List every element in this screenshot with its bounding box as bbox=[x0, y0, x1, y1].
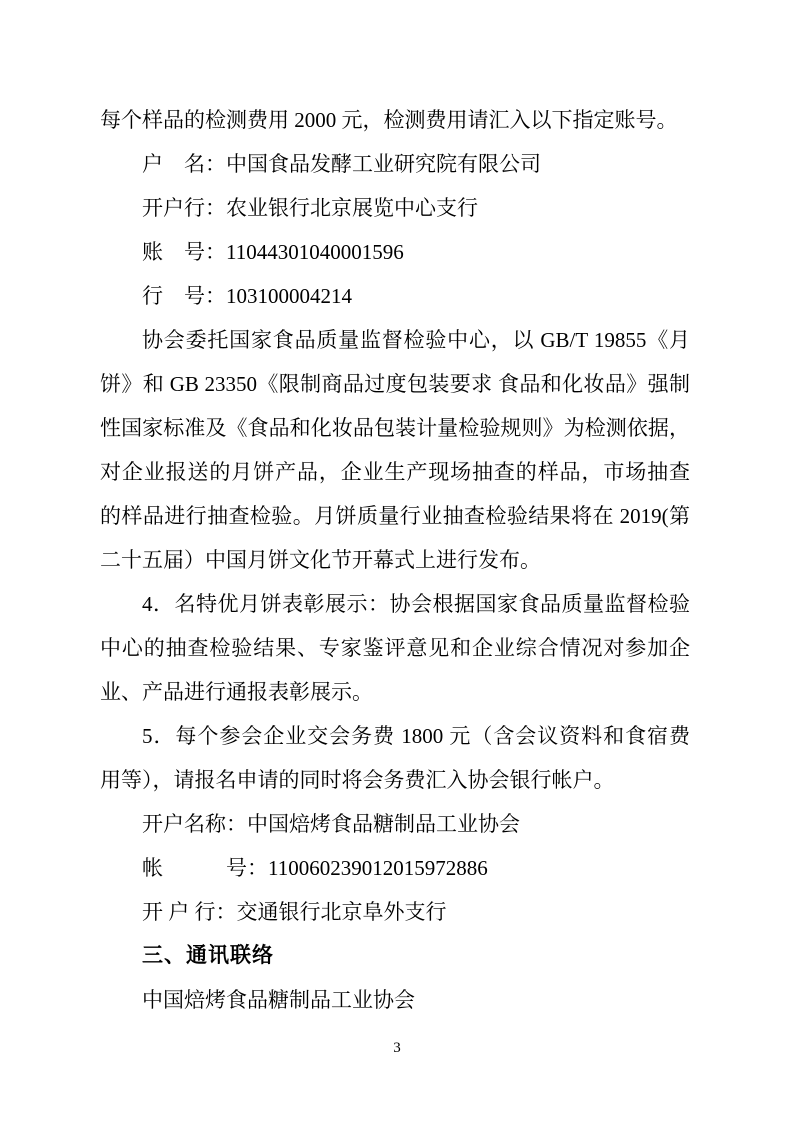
item5-paragraph-line: 用等），请报名申请的同时将会务费汇入协会银行帐户。 bbox=[100, 758, 690, 802]
inspection-paragraph-line: 协会委托国家食品质量监督检验中心，以 GB/T 19855《月 bbox=[100, 318, 690, 362]
page-number: 3 bbox=[393, 1040, 401, 1056]
test-account-bankcode-line: 行 号：103100004214 bbox=[100, 274, 690, 318]
item5-paragraph-line: 5．每个参会企业交会务费 1800 元（含会议资料和食宿费 bbox=[100, 714, 690, 758]
conference-account-name-line: 开户名称：中国焙烤食品糖制品工业协会 bbox=[100, 802, 690, 846]
item4-paragraph-line: 中心的抽查检验结果、专家鉴评意见和企业综合情况对参加企 bbox=[100, 626, 690, 670]
document-body: 每个样品的检测费用 2000 元，检测费用请汇入以下指定账号。 户 名：中国食品… bbox=[100, 98, 690, 1022]
page-footer: 3 bbox=[0, 1038, 794, 1058]
inspection-paragraph-line: 的样品进行抽查检验。月饼质量行业抽查检验结果将在 2019(第 bbox=[100, 494, 690, 538]
inspection-paragraph-line: 对企业报送的月饼产品，企业生产现场抽查的样品，市场抽查 bbox=[100, 450, 690, 494]
document-page: 每个样品的检测费用 2000 元，检测费用请汇入以下指定账号。 户 名：中国食品… bbox=[0, 0, 794, 1123]
inspection-paragraph-line: 性国家标准及《食品和化妆品包装计量检验规则》为检测依据， bbox=[100, 406, 690, 450]
conference-account-bank-line: 开 户 行：交通银行北京阜外支行 bbox=[100, 890, 690, 934]
inspection-paragraph-line: 饼》和 GB 23350《限制商品过度包装要求 食品和化妆品》强制 bbox=[100, 362, 690, 406]
conference-account-number-line: 帐 号：110060239012015972886 bbox=[100, 846, 690, 890]
test-account-number-line: 账 号：11044301040001596 bbox=[100, 230, 690, 274]
item4-paragraph-line: 4．名特优月饼表彰展示：协会根据国家食品质量监督检验 bbox=[100, 582, 690, 626]
inspection-paragraph-line: 二十五届）中国月饼文化节开幕式上进行发布。 bbox=[100, 538, 690, 582]
test-account-holder-line: 户 名：中国食品发酵工业研究院有限公司 bbox=[100, 142, 690, 186]
organization-name-line: 中国焙烤食品糖制品工业协会 bbox=[100, 978, 690, 1022]
section-heading-contact: 三、通讯联络 bbox=[100, 934, 690, 978]
fee-notice-line: 每个样品的检测费用 2000 元，检测费用请汇入以下指定账号。 bbox=[100, 98, 690, 142]
test-account-bank-line: 开户行：农业银行北京展览中心支行 bbox=[100, 186, 690, 230]
item4-paragraph-line: 业、产品进行通报表彰展示。 bbox=[100, 670, 690, 714]
